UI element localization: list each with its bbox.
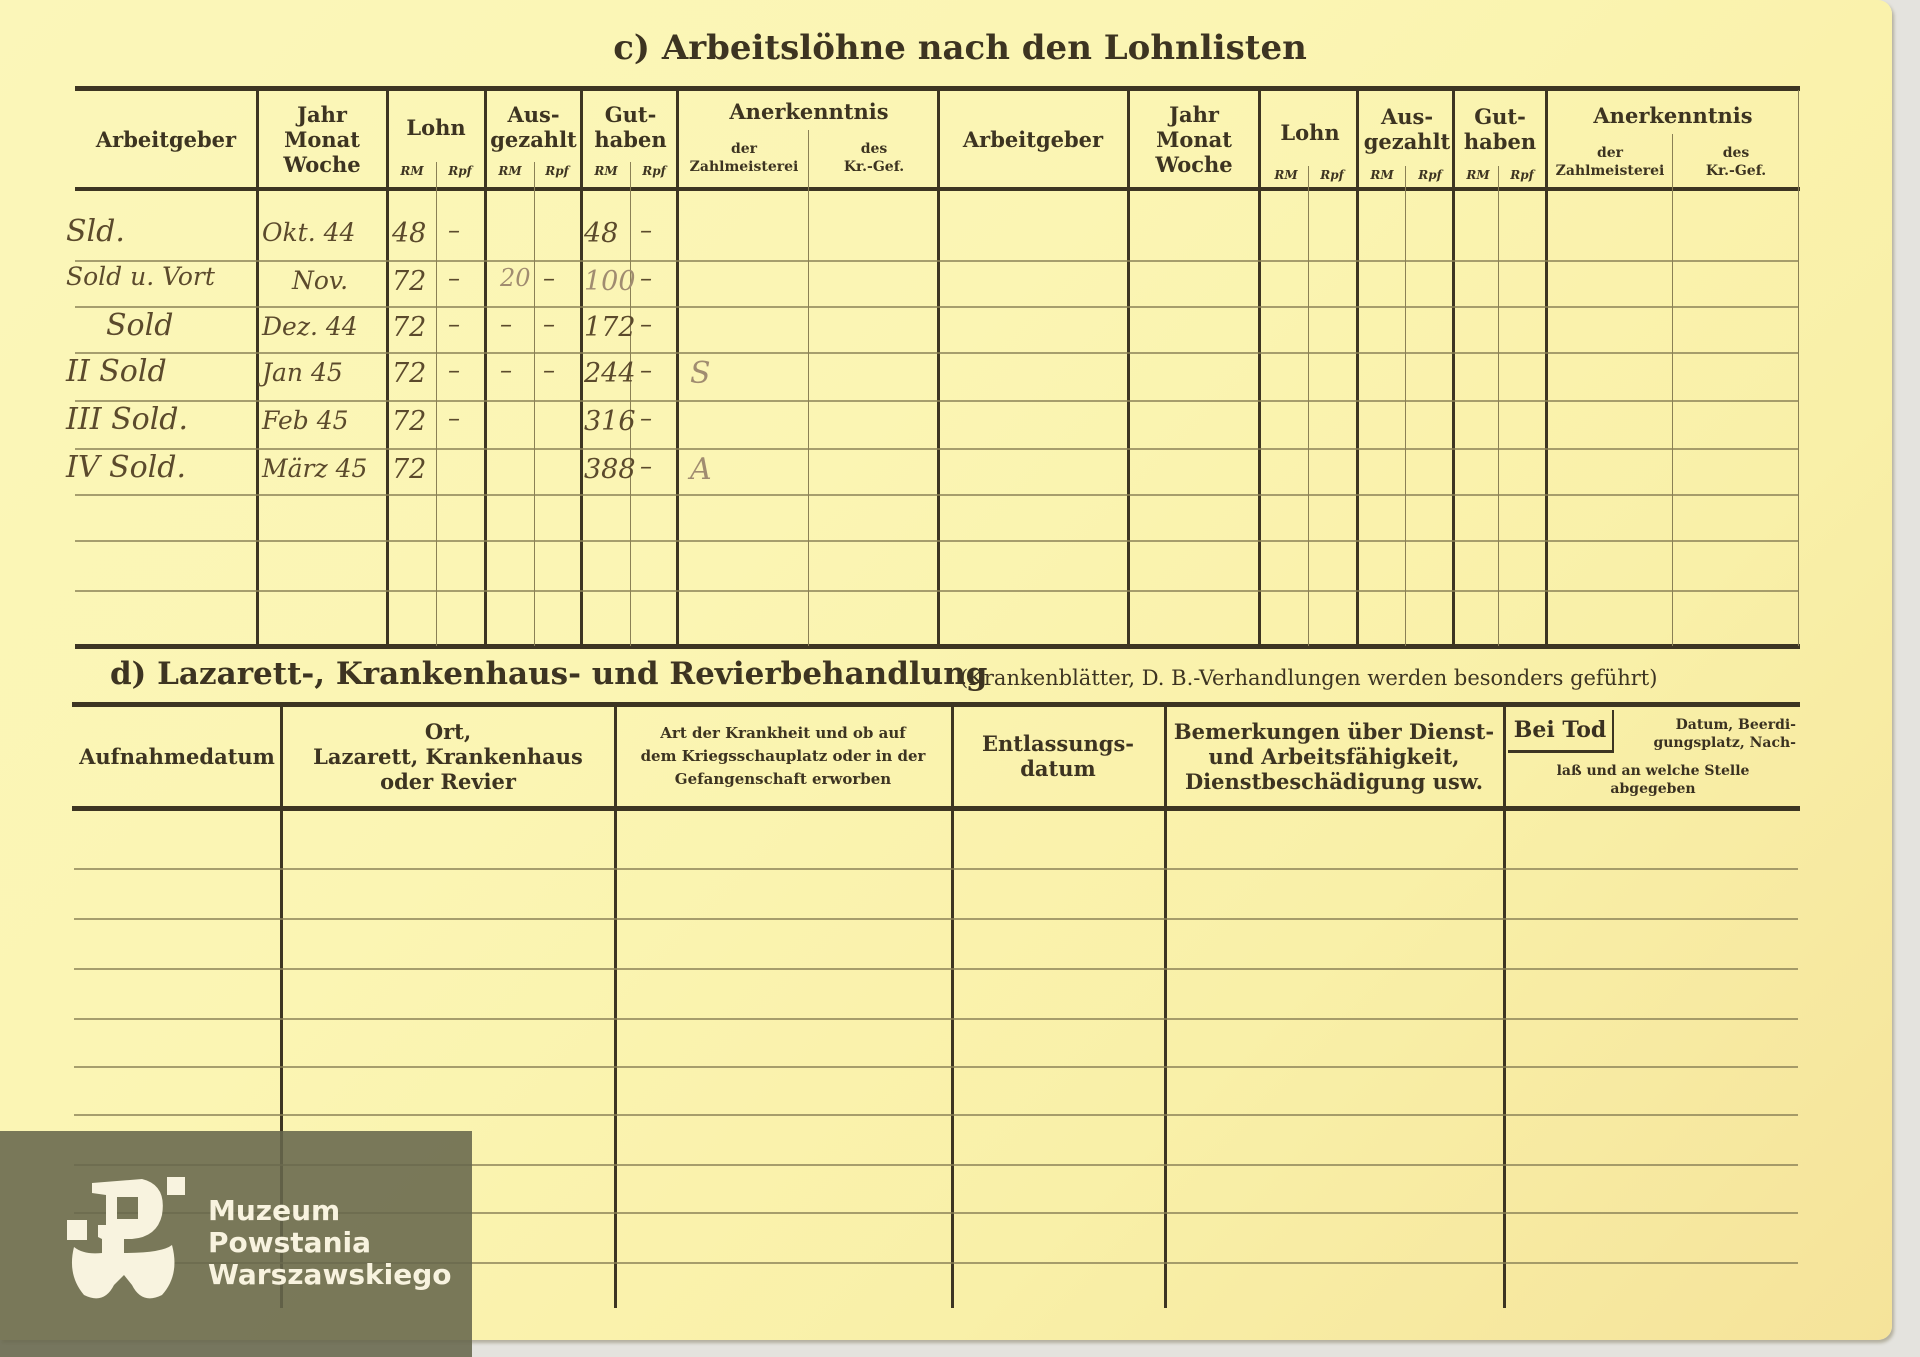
label-der-2: der — [1597, 144, 1623, 162]
header-bei-tod-detail: Datum, Beerdi- gungsplatz, Nach- laß und… — [1508, 716, 1798, 806]
header-guthaben-line2: haben — [594, 127, 666, 152]
entry-guthaben-rpf: – — [640, 404, 652, 432]
entry-guthaben-rm: 388 — [584, 454, 636, 485]
header-jahr: Jahr — [297, 102, 347, 127]
header-guthaben-2: Gut- haben — [1456, 92, 1544, 166]
header-entlassungs: Entlassungs- — [982, 731, 1134, 756]
section-d-header-rule — [72, 806, 1800, 811]
grid-vline — [614, 705, 617, 1308]
entry-arbeitgeber: III Sold. — [66, 402, 188, 437]
header-ausgezahlt-2: Aus- gezahlt — [1360, 92, 1454, 166]
entry-zeitraum: Feb 45 — [262, 406, 349, 435]
museum-name-line3: Warszawskiego — [208, 1259, 451, 1291]
grid-vline — [1127, 90, 1130, 646]
grid-vline — [1308, 166, 1309, 646]
unit-guthaben-rpf-2: Rpf — [1500, 168, 1544, 182]
section-d-top-rule — [72, 702, 1800, 707]
row-rule — [74, 918, 1798, 920]
header-jahr-2: Jahr — [1169, 102, 1219, 127]
entry-lohn-rm: 72 — [392, 406, 426, 437]
entry-guthaben-rm: 316 — [584, 406, 636, 437]
grid-vline — [1356, 90, 1359, 646]
unit-guthaben-rpf: Rpf — [632, 164, 676, 178]
grid-vline — [1503, 705, 1506, 1308]
header-art-line1: Art der Krankheit und ob auf — [660, 722, 905, 745]
row-rule — [74, 968, 1798, 970]
entry-lohn-rpf: – — [448, 310, 460, 338]
grid-vline — [1452, 90, 1455, 646]
row-rule — [75, 494, 1798, 496]
header-ausgezahlt: Aus- gezahlt — [486, 92, 581, 162]
grid-vline — [580, 90, 583, 646]
grid-vline — [808, 130, 809, 646]
header-des-kr-gef-2: des Kr.-Gef. — [1674, 138, 1798, 186]
entry-zeitraum: Jan 45 — [262, 358, 343, 387]
grid-vline — [1545, 90, 1548, 646]
entry-lohn-rm: 72 — [392, 266, 426, 297]
grid-vline — [1798, 90, 1799, 646]
entry-guthaben-rm: 48 — [584, 218, 618, 249]
header-ausgezahlt-line1: Aus- — [507, 102, 559, 127]
polska-walczaca-anchor-icon — [62, 1175, 192, 1305]
entry-lohn-rm: 48 — [392, 218, 426, 249]
row-rule — [75, 306, 1798, 308]
unit-guthaben-rm-2: RM — [1456, 168, 1500, 182]
entry-anerkenntnis: A — [690, 452, 712, 487]
row-rule — [75, 352, 1798, 354]
grid-vline — [386, 90, 389, 646]
entry-arbeitgeber: Sld. — [66, 214, 125, 249]
entry-ausgezahlt-rpf: – — [543, 310, 555, 338]
grid-vline — [436, 162, 437, 646]
entry-lohn-rpf: – — [448, 356, 460, 384]
museum-name-line2: Powstania — [208, 1227, 451, 1259]
header-monat: Monat — [284, 127, 360, 152]
header-monat-2: Monat — [1156, 127, 1232, 152]
museum-name-line1: Muzeum — [208, 1195, 451, 1227]
entry-lohn-rm: 72 — [392, 312, 426, 343]
header-aufnahmedatum: Aufnahmedatum — [74, 708, 280, 804]
unit-ausgezahlt-rm: RM — [488, 164, 532, 178]
unit-lohn-rpf-2: Rpf — [1310, 168, 1354, 182]
grid-vline — [484, 90, 487, 646]
grid-vline — [1405, 166, 1406, 646]
museum-watermark: Muzeum Powstania Warszawskiego — [0, 1131, 472, 1357]
section-d-title: d) Lazarett-, Krankenhaus- und Revierbeh… — [110, 656, 987, 692]
header-datum: datum — [1020, 756, 1095, 781]
entry-guthaben-rpf: – — [640, 310, 652, 338]
header-ausgezahlt-2-line1: Aus- — [1381, 104, 1433, 129]
bei-tod-line4: abgegeben — [1508, 780, 1798, 798]
header-art-line2: dem Kriegsschauplatz oder in der — [641, 745, 926, 768]
entry-lohn-rm: 72 — [392, 358, 426, 389]
entry-lohn-rm: 72 — [392, 454, 426, 485]
label-der: der — [731, 140, 757, 158]
entry-ausgezahlt-rpf: – — [543, 356, 555, 384]
header-anerkenntnis-2: Anerkenntnis — [1548, 100, 1798, 130]
header-woche: Woche — [283, 152, 360, 177]
entry-zeitraum: Nov. — [292, 266, 348, 295]
header-anerkenntnis: Anerkenntnis — [680, 96, 938, 126]
entry-ausgezahlt-rpf: – — [543, 264, 555, 292]
row-rule — [75, 590, 1798, 592]
entry-lohn-rpf: – — [448, 404, 460, 432]
header-bemerkungen-line1: Bemerkungen über Dienst- — [1174, 719, 1494, 744]
entry-anerkenntnis: S — [690, 356, 711, 391]
entry-guthaben-rm: 244 — [584, 358, 636, 389]
grid-vline — [1164, 705, 1167, 1308]
unit-ausgezahlt-rpf-2: Rpf — [1408, 168, 1452, 182]
unit-guthaben-rm: RM — [584, 164, 628, 178]
entry-guthaben-rm: 100 — [584, 266, 636, 297]
unit-lohn-rm: RM — [390, 164, 434, 178]
label-kr-gef: Kr.-Gef. — [844, 158, 904, 176]
entry-lohn-rpf: – — [448, 264, 460, 292]
entry-zeitraum: Okt. 44 — [262, 218, 355, 247]
header-ausgezahlt-line2: gezahlt — [490, 127, 577, 152]
row-rule — [75, 260, 1798, 262]
entry-guthaben-rpf: – — [640, 356, 652, 384]
label-zahlmeisterei: Zahlmeisterei — [690, 158, 799, 176]
header-jahr-monat-woche-2: Jahr Monat Woche — [1130, 92, 1258, 187]
label-zahlmeisterei-2: Zahlmeisterei — [1556, 162, 1665, 180]
grid-vline — [630, 162, 631, 646]
header-der-zahlmeisterei: der Zahlmeisterei — [680, 134, 808, 182]
section-c-title: c) Arbeitslöhne nach den Lohnlisten — [560, 28, 1360, 68]
entry-guthaben-rpf: – — [640, 216, 652, 244]
grid-vline — [534, 162, 535, 646]
label-kr-gef-2: Kr.-Gef. — [1706, 162, 1766, 180]
grid-vline — [676, 90, 679, 646]
header-ausgezahlt-2-line2: gezahlt — [1364, 129, 1451, 154]
header-guthaben-line1: Gut- — [605, 102, 657, 127]
header-art-line3: Gefangenschaft erworben — [675, 768, 891, 791]
header-ort: Ort, Lazarett, Krankenhaus oder Revier — [283, 708, 613, 804]
row-rule — [75, 400, 1798, 402]
section-d-subtitle: (Krankenblätter, D. B.-Verhandlungen wer… — [960, 666, 1657, 690]
header-woche-2: Woche — [1155, 152, 1232, 177]
entry-lohn-rpf: – — [448, 216, 460, 244]
unit-ausgezahlt-rpf: Rpf — [535, 164, 579, 178]
header-guthaben-2-line2: haben — [1464, 129, 1536, 154]
grid-vline — [951, 705, 954, 1308]
entry-guthaben-rpf: – — [640, 452, 652, 480]
entry-arbeitgeber: IV Sold. — [66, 450, 186, 485]
header-guthaben: Gut- haben — [583, 92, 678, 162]
header-ort-line3: oder Revier — [380, 769, 516, 794]
row-rule — [74, 868, 1798, 870]
header-lohn-2: Lohn — [1262, 92, 1358, 172]
grid-vline — [1258, 90, 1261, 646]
header-arbeitgeber-2: Arbeitgeber — [940, 92, 1126, 187]
entry-arbeitgeber: Sold — [106, 308, 173, 343]
header-lohn: Lohn — [388, 92, 484, 162]
entry-zeitraum: Dez. 44 — [262, 312, 358, 341]
header-des-kr-gef: des Kr.-Gef. — [810, 134, 938, 182]
header-der-zahlmeisterei-2: der Zahlmeisterei — [1548, 138, 1672, 186]
row-rule — [74, 1114, 1798, 1116]
unit-ausgezahlt-rm-2: RM — [1360, 168, 1404, 182]
header-guthaben-2-line1: Gut- — [1474, 104, 1526, 129]
entry-arbeitgeber: Sold u. Vort — [66, 262, 215, 291]
unit-lohn-rm-2: RM — [1264, 168, 1308, 182]
header-ort-line1: Ort, — [425, 719, 471, 744]
row-rule — [75, 448, 1798, 450]
header-art-der-krankheit: Art der Krankheit und ob auf dem Kriegss… — [618, 708, 948, 804]
grid-vline — [937, 90, 940, 646]
header-bemerkungen: Bemerkungen über Dienst- und Arbeitsfähi… — [1168, 708, 1500, 804]
entry-guthaben-rpf: – — [640, 264, 652, 292]
row-rule — [74, 1066, 1798, 1068]
label-des: des — [861, 140, 888, 158]
header-ort-line2: Lazarett, Krankenhaus — [313, 744, 583, 769]
header-jahr-monat-woche: Jahr Monat Woche — [258, 92, 386, 187]
bei-tod-line1: Datum, Beerdi- — [1620, 716, 1796, 734]
header-bemerkungen-line2: und Arbeitsfähigkeit, — [1209, 744, 1460, 769]
label-des-2: des — [1723, 144, 1750, 162]
grid-vline — [1498, 166, 1499, 646]
entry-zeitraum: März 45 — [262, 454, 367, 483]
row-rule — [75, 540, 1798, 542]
bei-tod-line3: laß und an welche Stelle — [1508, 762, 1798, 780]
header-bemerkungen-line3: Dienstbeschädigung usw. — [1185, 769, 1483, 794]
entry-ausgezahlt-rm: – — [500, 356, 512, 384]
entry-ausgezahlt-rm: 20 — [500, 264, 531, 292]
entry-guthaben-rm: 172 — [584, 312, 636, 343]
entry-arbeitgeber: II Sold — [66, 354, 167, 389]
bei-tod-line2: gungsplatz, Nach- — [1620, 734, 1796, 752]
header-entlassungsdatum: Entlassungs- datum — [955, 708, 1161, 804]
header-arbeitgeber: Arbeitgeber — [76, 92, 256, 187]
grid-vline — [256, 90, 259, 646]
unit-lohn-rpf: Rpf — [438, 164, 482, 178]
grid-vline — [1672, 134, 1673, 646]
entry-ausgezahlt-rm: – — [500, 310, 512, 338]
row-rule — [74, 1018, 1798, 1020]
museum-name: Muzeum Powstania Warszawskiego — [208, 1195, 451, 1291]
